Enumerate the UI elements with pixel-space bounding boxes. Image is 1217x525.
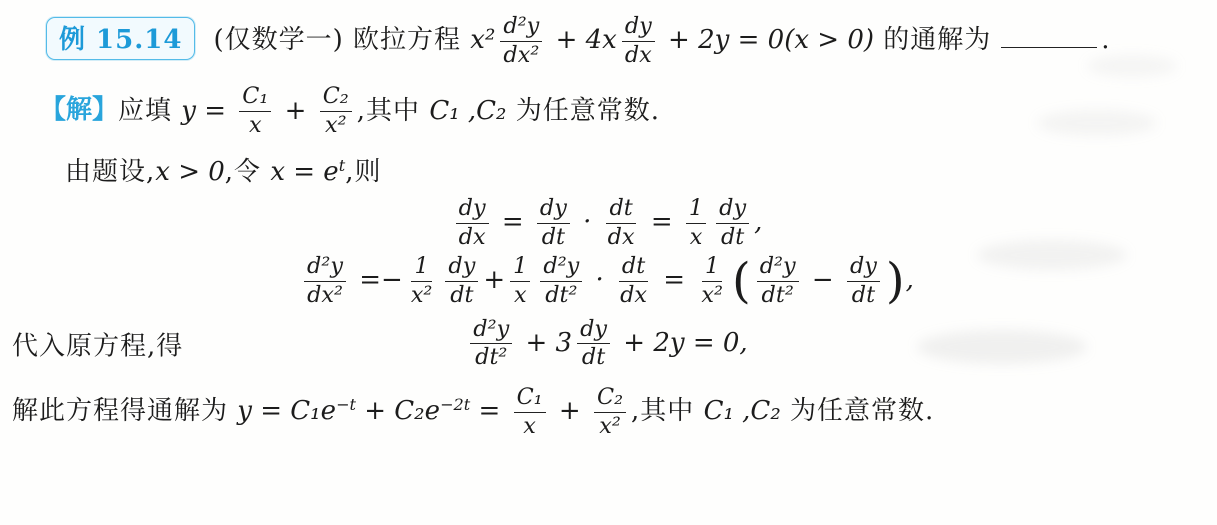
example-number-badge: 例 15.14 [46, 17, 195, 60]
second-derivative-math: d²ydx² =−1x²dydt+1xd²ydt² · dtdx = 1x²(d… [299, 265, 914, 295]
substitute-label: 代入原方程,得 [12, 325, 183, 362]
equation-second-derivative: d²ydx² =−1x²dydt+1xd²ydt² · dtdx = 1x²(d… [10, 254, 1203, 308]
setup-math: 由题设,x > 0,令 x = et,则 [65, 157, 381, 187]
textbook-page-scan: 例 15.14(仅数学一) 欧拉方程 x²d²ydx² + 4xdydx + 2… [0, 0, 1217, 525]
first-derivative-math: dydx = dydt · dtdx = 1xdydt, [451, 207, 763, 237]
answer-blank-underline [1001, 21, 1097, 48]
substitute-row: 代入原方程,得 d²ydt² + 3dydt + 2y = 0, [10, 317, 1203, 371]
transformed-math: d²ydt² + 3dydt + 2y = 0, [465, 328, 747, 358]
solution-answer-math: 应填 y = C₁x + C₂x²,其中 C₁ ,C₂ 为任意常数. [118, 96, 660, 126]
problem-period: . [1101, 25, 1109, 55]
problem-statement-line: 例 15.14(仅数学一) 欧拉方程 x²d²ydx² + 4xdydx + 2… [10, 14, 1203, 68]
equation-transformed: d²ydt² + 3dydt + 2y = 0, [10, 317, 1203, 371]
conclusion-line: 解此方程得通解为 y = C₁e−t + C₂e−2t = C₁x + C₂x²… [10, 385, 1203, 439]
solution-answer-line: 【解】应填 y = C₁x + C₂x²,其中 C₁ ,C₂ 为任意常数. [10, 84, 1203, 138]
solution-setup-line: 由题设,x > 0,令 x = et,则 [10, 151, 1203, 188]
conclusion-math: 解此方程得通解为 y = C₁e−t + C₂e−2t = C₁x + C₂x²… [12, 396, 934, 426]
problem-statement-math: (仅数学一) 欧拉方程 x²d²ydx² + 4xdydx + 2y = 0(x… [213, 25, 991, 55]
solution-label: 【解】 [40, 96, 118, 126]
equation-first-derivative: dydx = dydt · dtdx = 1xdydt, [10, 196, 1203, 250]
